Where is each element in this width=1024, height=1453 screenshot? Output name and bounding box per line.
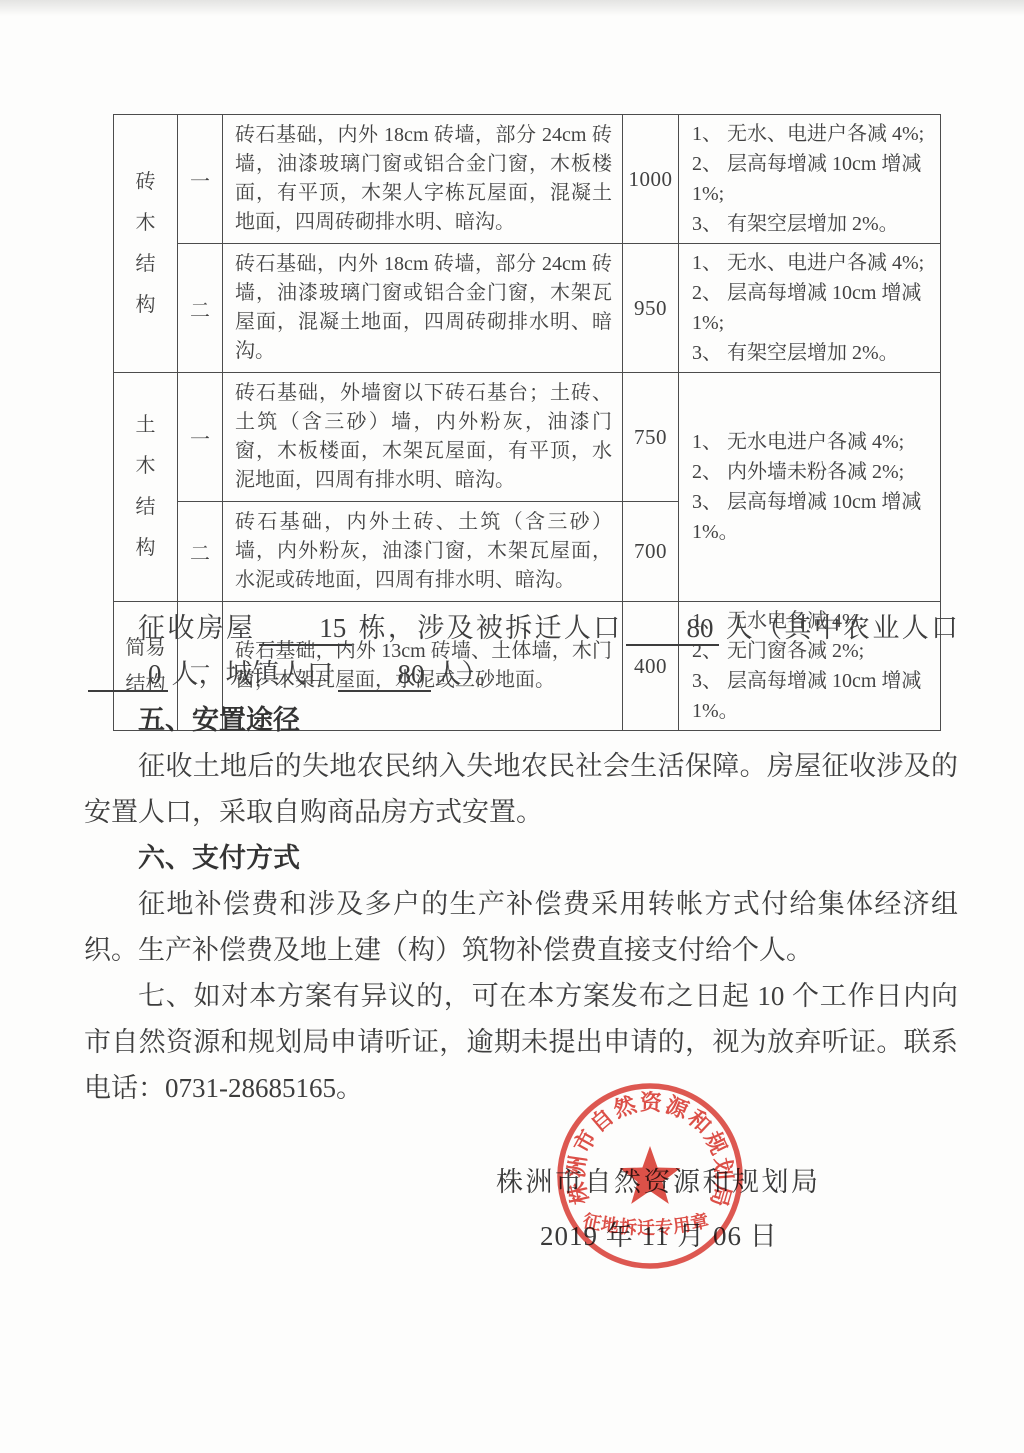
note-line: 1、 无水、电进户各减 4%; [692,119,934,149]
seal-bottom-text: 征地拆迁专用章 [581,1209,711,1238]
note-line: 3、 层高每增减 10cm 增减 1%。 [692,487,934,547]
paragraph-payment: 征地补偿费和涉及多户的生产补偿费采用转帐方式付给集体经济组织。生产补偿费及地上建… [84,881,958,973]
price-cell: 750 [623,373,679,502]
stats-text: 征收房屋 [138,613,255,643]
price-cell: 1000 [623,115,679,244]
star-icon [620,1146,681,1204]
description-cell: 砖石基础，内外土砖、土筑（含三砂）墙，内外粉灰，油漆门窗，木架瓦屋面，水泥或砖地… [223,502,623,602]
note-line: 1、 无水电进户各减 4%; [692,427,934,457]
stats-text: 人（其中农业人口 [723,613,958,643]
paragraph-resettlement: 征收土地后的失地农民纳入失地农民社会生活保障。房屋征收涉及的安置人口，采取自购商… [84,743,958,835]
table-row: 二 砖石基础，内外 18cm 砖墙，部分 24cm 砖墙，油漆玻璃门窗或铝合金门… [114,244,941,373]
note-line: 2、 内外墙未粉各减 2%; [692,457,934,487]
stats-value-buildings: 15 [259,614,352,646]
scan-edge-shadow [0,0,1024,16]
description-cell: 砖石基础，内外 18cm 砖墙，部分 24cm 砖墙，油漆玻璃门窗或铝合金门窗，… [223,115,623,244]
price-cell: 950 [623,244,679,373]
notes-cell: 1、 无水电进户各减 4%; 2、 内外墙未粉各减 2%; 3、 层高每增减 1… [679,373,941,602]
heading-section-5: 五、安置途径 [84,697,958,743]
stats-text: 人）。 [435,659,503,689]
document-body: 征收房屋15栋，涉及被拆迁人口80人（其中农业人口0人，城镇人口80人）。 五、… [84,605,958,1111]
seal-svg: 株洲市自然资源和规划局 征地拆迁专用章 [552,1078,748,1274]
structure-type-cell: 砖木结构 [114,115,178,373]
notes-cell: 1、 无水、电进户各减 4%; 2、 层高每增减 10cm 增减 1%; 3、 … [679,244,941,373]
table-row: 砖木结构 一 砖石基础，内外 18cm 砖墙，部分 24cm 砖墙，油漆玻璃门窗… [114,115,941,244]
notes-cell: 1、 无水、电进户各减 4%; 2、 层高每增减 10cm 增减 1%; 3、 … [679,115,941,244]
note-line: 2、 层高每增减 10cm 增减 1%; [692,149,934,209]
table-row: 土木结构 一 砖石基础，外墙窗以下砖石基台；土砖、土筑（含三砂）墙，内外粉灰，油… [114,373,941,502]
stats-value-urban-population: 80 [338,660,431,692]
note-line: 3、 有架空层增加 2%。 [692,338,934,368]
structure-type-label: 砖木结构 [135,162,157,326]
note-line: 3、 有架空层增加 2%。 [692,209,934,239]
stats-value-agricultural-population: 0 [88,660,168,692]
grade-cell: 一 [178,373,223,502]
grade-cell: 二 [178,502,223,602]
structure-type-label: 土木结构 [135,405,157,569]
grade-cell: 二 [178,244,223,373]
grade-cell: 一 [178,115,223,244]
price-cell: 700 [623,502,679,602]
document-page: 砖木结构 一 砖石基础，内外 18cm 砖墙，部分 24cm 砖墙，油漆玻璃门窗… [0,0,1024,1453]
stats-text: 人，城镇人口 [172,659,334,689]
stats-value-relocated-population: 80 [626,614,719,646]
paragraph-objection: 七、如对本方案有异议的，可在本方案发布之日起 10 个工作日内向市自然资源和规划… [84,973,958,1111]
description-cell: 砖石基础，外墙窗以下砖石基台；土砖、土筑（含三砂）墙，内外粉灰，油漆门窗，木板楼… [223,373,623,502]
svg-text:征地拆迁专用章: 征地拆迁专用章 [581,1209,711,1238]
description-cell: 砖石基础，内外 18cm 砖墙，部分 24cm 砖墙，油漆玻璃门窗或铝合金门窗，… [223,244,623,373]
structure-type-cell: 土木结构 [114,373,178,602]
note-line: 2、 层高每增减 10cm 增减 1%; [692,278,934,338]
paragraph-housing-stats: 征收房屋15栋，涉及被拆迁人口80人（其中农业人口0人，城镇人口80人）。 [84,605,958,697]
official-seal: 株洲市自然资源和规划局 征地拆迁专用章 [552,1078,748,1274]
heading-section-6: 六、支付方式 [84,835,958,881]
stats-text: 栋，涉及被拆迁人口 [356,613,622,643]
note-line: 1、 无水、电进户各减 4%; [692,248,934,278]
